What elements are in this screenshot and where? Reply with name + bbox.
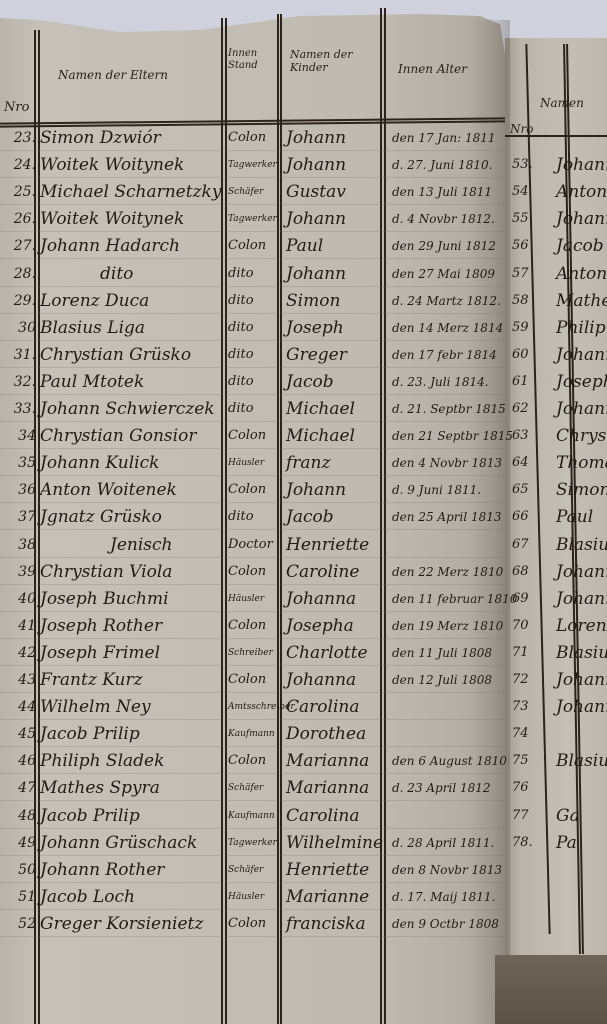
register-row: 37Jgnatz GrüskoditoJacobden 25 April 181… [0, 505, 607, 529]
right-entry-number: 78. [512, 831, 542, 855]
birth-date: d. 23 April 1812 [392, 776, 510, 800]
birth-date: den 13 Juli 1811 [392, 180, 510, 204]
entry-number: 26. [2, 207, 36, 231]
child-name: Wilhelmine [286, 831, 386, 855]
birth-date: den 6 August 1810 [392, 749, 510, 773]
entry-number: 39 [2, 560, 36, 584]
occupation: Kaufmann [228, 722, 280, 746]
ruled-line [0, 719, 505, 720]
child-name: Marianne [286, 885, 386, 909]
occupation: Schäfer [228, 858, 280, 882]
entry-number: 44 [2, 695, 36, 719]
child-name: Dorothea [286, 722, 386, 746]
header-child-name: Namen der Kinder [290, 48, 370, 74]
ruled-line [0, 665, 505, 666]
entry-number: 24. [2, 153, 36, 177]
right-entry-number: 59 [512, 316, 542, 340]
right-entry-number: 63 [512, 424, 542, 448]
register-row: 27.Johann HadarchColonPaulden 29 Juni 18… [0, 234, 607, 258]
parent-name: Woitek Woitynek [40, 207, 220, 231]
entry-number: 29. [2, 289, 36, 313]
right-entry-name: Johann [556, 343, 607, 367]
right-entry-number: 77 [512, 804, 542, 828]
right-entry-number: 73 [512, 695, 542, 719]
occupation: Häusler [228, 451, 280, 475]
ruled-line [0, 258, 505, 259]
right-entry-name: Johann [556, 695, 607, 719]
right-entry-name: Johann [556, 668, 607, 692]
right-entry-name: Johann [556, 153, 607, 177]
entry-number: 35 [2, 451, 36, 475]
entry-number: 43 [2, 668, 36, 692]
register-row: 35Johann KulickHäuslerfranzden 4 Novbr 1… [0, 451, 607, 475]
child-name: Henriette [286, 858, 386, 882]
ruled-line [0, 502, 505, 503]
birth-date: den 9 Octbr 1808 [392, 912, 510, 936]
ruled-line [0, 204, 505, 205]
right-entry-name: Jacob [556, 234, 607, 258]
child-name: Jacob [286, 505, 386, 529]
ruled-line [0, 557, 505, 558]
book-bottom-shadow [495, 955, 607, 1024]
register-row: 44Wilhelm NeyAmtsschreiberCarolina73Joha… [0, 695, 607, 719]
register-row: 36Anton WoitenekColonJohannd. 9 Juni 181… [0, 478, 607, 502]
right-entry-number: 54 [512, 180, 542, 204]
right-entry-number: 67 [512, 533, 542, 557]
register-row: 23.Simon DzwiórColonJohannden 17 Jan: 18… [0, 126, 607, 150]
birth-date: d. 24 Martz 1812. [392, 289, 510, 313]
entry-number: 31. [2, 343, 36, 367]
occupation: Häusler [228, 587, 280, 611]
header-right-name: Namen [540, 96, 584, 110]
birth-date: d. 21. Septbr 1815 [392, 397, 510, 421]
entry-number: 42 [2, 641, 36, 665]
entry-number: 52 [2, 912, 36, 936]
child-name: Johanna [286, 668, 386, 692]
parent-name: Chrystian Gonsior [40, 424, 220, 448]
child-name: Johann [286, 207, 386, 231]
entry-number: 46 [2, 749, 36, 773]
right-entry-name: Chrystian [556, 424, 607, 448]
right-entry-name: Mathes [556, 289, 607, 313]
birth-date: den 21 Septbr 1815 [392, 424, 510, 448]
register-row: 25.Michael ScharnetzkySchäferGustavden 1… [0, 180, 607, 204]
ruled-line [0, 421, 505, 422]
child-name: Marianna [286, 776, 386, 800]
right-entry-number: 60 [512, 343, 542, 367]
right-entry-name: Blasius [556, 533, 607, 557]
parent-name: Blasius Liga [40, 316, 220, 340]
child-name: Josepha [286, 614, 386, 638]
parent-name: Joseph Frimel [40, 641, 220, 665]
ruled-line [0, 828, 505, 829]
right-entry-name: Johann [556, 560, 607, 584]
occupation: Colon [228, 560, 280, 584]
occupation: Colon [228, 614, 280, 638]
child-name: Simon [286, 289, 386, 313]
occupation: Doctor [228, 533, 280, 557]
ruled-line [0, 638, 505, 639]
parent-name: Johann Schwierczek [40, 397, 220, 421]
entry-number: 50 [2, 858, 36, 882]
register-row: 30Blasius LigaditoJosephden 14 Merz 1814… [0, 316, 607, 340]
ruled-line [0, 340, 505, 341]
birth-date: d. 27. Juni 1810. [392, 153, 510, 177]
register-row: 26.Woitek WoitynekTagwerkerJohannd. 4 No… [0, 207, 607, 231]
birth-date: den 22 Merz 1810 [392, 560, 510, 584]
parent-name: Chrystian Viola [40, 560, 220, 584]
occupation: dito [228, 397, 280, 421]
register-row: 48Jacob PrilipKaufmannCarolina77Ga [0, 804, 607, 828]
entry-number: 41 [2, 614, 36, 638]
ruled-line [0, 475, 505, 476]
entry-number: 27. [2, 234, 36, 258]
child-name: Johanna [286, 587, 386, 611]
right-entry-number: 62 [512, 397, 542, 421]
ruled-line [0, 692, 505, 693]
register-row: 52Greger KorsienietzColonfranciskaden 9 … [0, 912, 607, 936]
right-entry-number: 72 [512, 668, 542, 692]
right-entry-name: Pa [556, 831, 607, 855]
register-row: 46Philiph SladekColonMariannaden 6 Augus… [0, 749, 607, 773]
ruled-line [0, 529, 505, 530]
occupation: Kaufmann [228, 804, 280, 828]
parent-name: Jacob Prilip [40, 804, 220, 828]
child-name: Johann [286, 126, 386, 150]
parent-name: Chrystian Grüsko [40, 343, 220, 367]
occupation: Colon [228, 424, 280, 448]
birth-date: d. 4 Novbr 1812. [392, 207, 510, 231]
entry-number: 30 [2, 316, 36, 340]
entry-number: 51 [2, 885, 36, 909]
birth-date: den 17 febr 1814 [392, 343, 510, 367]
child-name: Johann [286, 262, 386, 286]
parent-name: Woitek Woitynek [40, 153, 220, 177]
ruled-line [0, 286, 505, 287]
parent-name: Johann Rother [40, 858, 220, 882]
right-entry-number: 64 [512, 451, 542, 475]
birth-date: den 11 februar 1810 [392, 587, 510, 611]
right-entry-name: Johann [556, 207, 607, 231]
ruled-line [0, 150, 505, 151]
birth-date: den 17 Jan: 1811 [392, 126, 510, 150]
entry-number: 25. [2, 180, 36, 204]
register-row: 34Chrystian GonsiorColonMichaelden 21 Se… [0, 424, 607, 448]
register-row: 38JenischDoctorHenriette67Blasius [0, 533, 607, 557]
parent-name: Anton Woitenek [40, 478, 220, 502]
birth-date: d. 23. Juli 1814. [392, 370, 510, 394]
birth-date: den 4 Novbr 1813 [392, 451, 510, 475]
right-entry-number: 56 [512, 234, 542, 258]
entry-number: 40 [2, 587, 36, 611]
birth-date: den 11 Juli 1808 [392, 641, 510, 665]
parent-name: Michael Scharnetzky [40, 180, 220, 204]
parent-name: Johann Grüschack [40, 831, 220, 855]
parent-name: Johann Hadarch [40, 234, 220, 258]
right-entry-name: Blasius [556, 749, 607, 773]
occupation: dito [228, 289, 280, 313]
birth-date: den 25 April 1813 [392, 505, 510, 529]
register-row: 33.Johann SchwierczekditoMichaeld. 21. S… [0, 397, 607, 421]
right-entry-name: Paul [556, 505, 607, 529]
right-entry-number: 57 [512, 262, 542, 286]
occupation: dito [228, 262, 280, 286]
ruled-line [0, 882, 505, 883]
register-row: 51Jacob LochHäuslerMarianned. 17. Maij 1… [0, 885, 607, 909]
entry-number: 38 [2, 533, 36, 557]
header-occupation: Innen Stand [228, 48, 276, 72]
child-name: Michael [286, 397, 386, 421]
right-entry-name: Blasius [556, 641, 607, 665]
child-name: Johann [286, 153, 386, 177]
parent-name: Philiph Sladek [40, 749, 220, 773]
ruled-line [0, 800, 505, 801]
ruled-line [0, 313, 505, 314]
right-entry-number: 69 [512, 587, 542, 611]
register-row: 32.Paul MtotekditoJacobd. 23. Juli 1814.… [0, 370, 607, 394]
parent-name: Jgnatz Grüsko [40, 505, 220, 529]
register-row: 40Joseph BuchmiHäuslerJohannaden 11 febr… [0, 587, 607, 611]
right-entry-name: Ga [556, 804, 607, 828]
occupation: Colon [228, 478, 280, 502]
parent-name: Jacob Loch [40, 885, 220, 909]
right-entry-number: 74 [512, 722, 542, 746]
parent-name: Frantz Kurz [40, 668, 220, 692]
right-entry-number: 55 [512, 207, 542, 231]
occupation: dito [228, 343, 280, 367]
entry-number: 45 [2, 722, 36, 746]
register-row: 49Johann GrüschackTagwerkerWilhelmined. … [0, 831, 607, 855]
birth-date: den 14 Merz 1814 [392, 316, 510, 340]
occupation: dito [228, 370, 280, 394]
register-row: 43Frantz KurzColonJohannaden 12 Juli 180… [0, 668, 607, 692]
birth-date: den 27 Mai 1809 [392, 262, 510, 286]
occupation: Colon [228, 912, 280, 936]
right-entry-number: 58 [512, 289, 542, 313]
child-name: Carolina [286, 695, 386, 719]
child-name: Caroline [286, 560, 386, 584]
register-row: 41Joseph RotherColonJosephaden 19 Merz 1… [0, 614, 607, 638]
right-entry-number: 65 [512, 478, 542, 502]
child-name: franz [286, 451, 386, 475]
child-name: Greger [286, 343, 386, 367]
child-name: Joseph [286, 316, 386, 340]
child-name: Jacob [286, 370, 386, 394]
ruled-line [0, 909, 505, 910]
right-entry-name: Simon [556, 478, 607, 502]
register-row: 39Chrystian ViolaColonCarolineden 22 Mer… [0, 560, 607, 584]
child-name: Johann [286, 478, 386, 502]
entry-number: 47 [2, 776, 36, 800]
parent-name: Paul Mtotek [40, 370, 220, 394]
occupation: Tagwerker [228, 207, 280, 231]
ruled-line [0, 584, 505, 585]
occupation: Colon [228, 126, 280, 150]
birth-date: d. 28 April 1811. [392, 831, 510, 855]
child-name: Michael [286, 424, 386, 448]
parent-name: Joseph Rother [40, 614, 220, 638]
right-entry-name: Philip [556, 316, 607, 340]
right-entry-name: Lorenz [556, 614, 607, 638]
register-row: 50Johann RotherSchäferHenrietteden 8 Nov… [0, 858, 607, 882]
entry-number: 48 [2, 804, 36, 828]
birth-date: d. 9 Juni 1811. [392, 478, 510, 502]
occupation: Tagwerker [228, 831, 280, 855]
header-parent-name: Namen der Eltern [58, 68, 168, 82]
ruled-line [0, 773, 505, 774]
child-name: Paul [286, 234, 386, 258]
right-entry-name: Johann [556, 587, 607, 611]
parent-name: Greger Korsienietz [40, 912, 220, 936]
right-entry-name: Thomas [556, 451, 607, 475]
register-row: 45Jacob PrilipKaufmannDorothea74 [0, 722, 607, 746]
right-entry-name: Johann [556, 397, 607, 421]
right-entry-number: 70 [512, 614, 542, 638]
entry-number: 49 [2, 831, 36, 855]
entry-number: 23. [2, 126, 36, 150]
birth-date: den 29 Juni 1812 [392, 234, 510, 258]
ruled-line [0, 936, 505, 937]
right-entry-number: 75 [512, 749, 542, 773]
ruled-line [0, 448, 505, 449]
ruled-line [0, 367, 505, 368]
parent-name: Johann Kulick [40, 451, 220, 475]
right-entry-number: 53. [512, 153, 542, 177]
parent-name: Mathes Spyra [40, 776, 220, 800]
parent-name: Joseph Buchmi [40, 587, 220, 611]
entry-number: 37 [2, 505, 36, 529]
parent-name: Jacob Prilip [40, 722, 220, 746]
ruled-line [0, 394, 505, 395]
parent-name: Wilhelm Ney [40, 695, 220, 719]
register-row: 29.Lorenz DucaditoSimond. 24 Martz 1812.… [0, 289, 607, 313]
occupation: dito [228, 505, 280, 529]
right-entry-number: 71 [512, 641, 542, 665]
ruled-line [0, 746, 505, 747]
register-row: 24.Woitek WoitynekTagwerkerJohannd. 27. … [0, 153, 607, 177]
entry-number: 34 [2, 424, 36, 448]
right-entry-number: 66 [512, 505, 542, 529]
entry-number: 33. [2, 397, 36, 421]
right-entry-number: 68 [512, 560, 542, 584]
register-row: 28.ditoditoJohannden 27 Mai 180957Anton [0, 262, 607, 286]
birth-date: den 12 Juli 1808 [392, 668, 510, 692]
occupation: Tagwerker [228, 153, 280, 177]
right-entry-number: 76 [512, 776, 542, 800]
header-nr: Nro [4, 100, 29, 116]
header-birth-date: Innen Alter [398, 62, 467, 76]
occupation: Schäfer [228, 776, 280, 800]
birth-date: den 19 Merz 1810 [392, 614, 510, 638]
birth-date: den 8 Novbr 1813 [392, 858, 510, 882]
right-entry-name: Anton [556, 180, 607, 204]
occupation: Schäfer [228, 180, 280, 204]
right-entry-number: 61 [512, 370, 542, 394]
register-row: 31.Chrystian GrüskoditoGregerden 17 febr… [0, 343, 607, 367]
occupation: Schreiber [228, 641, 280, 665]
register-row: 42Joseph FrimelSchreiberCharlotteden 11 … [0, 641, 607, 665]
parent-name: Lorenz Duca [40, 289, 220, 313]
occupation: dito [228, 316, 280, 340]
ruled-line [0, 177, 505, 178]
child-name: Henriette [286, 533, 386, 557]
birth-date: d. 17. Maij 1811. [392, 885, 510, 909]
occupation: Colon [228, 234, 280, 258]
register-row: 47Mathes SpyraSchäferMariannad. 23 April… [0, 776, 607, 800]
ruled-line [0, 611, 505, 612]
entry-number: 36 [2, 478, 36, 502]
occupation: Häusler [228, 885, 280, 909]
child-name: franciska [286, 912, 386, 936]
right-entry-name: Joseph [556, 370, 607, 394]
entry-number: 32. [2, 370, 36, 394]
occupation: Colon [228, 749, 280, 773]
child-name: Charlotte [286, 641, 386, 665]
child-name: Carolina [286, 804, 386, 828]
ruled-line [0, 231, 505, 232]
child-name: Gustav [286, 180, 386, 204]
right-entry-name: Anton [556, 262, 607, 286]
parent-name: Simon Dzwiór [40, 126, 220, 150]
entry-number: 28. [2, 262, 36, 286]
child-name: Marianna [286, 749, 386, 773]
occupation: Amtsschreiber [228, 695, 280, 719]
ruled-line [0, 855, 505, 856]
occupation: Colon [228, 668, 280, 692]
